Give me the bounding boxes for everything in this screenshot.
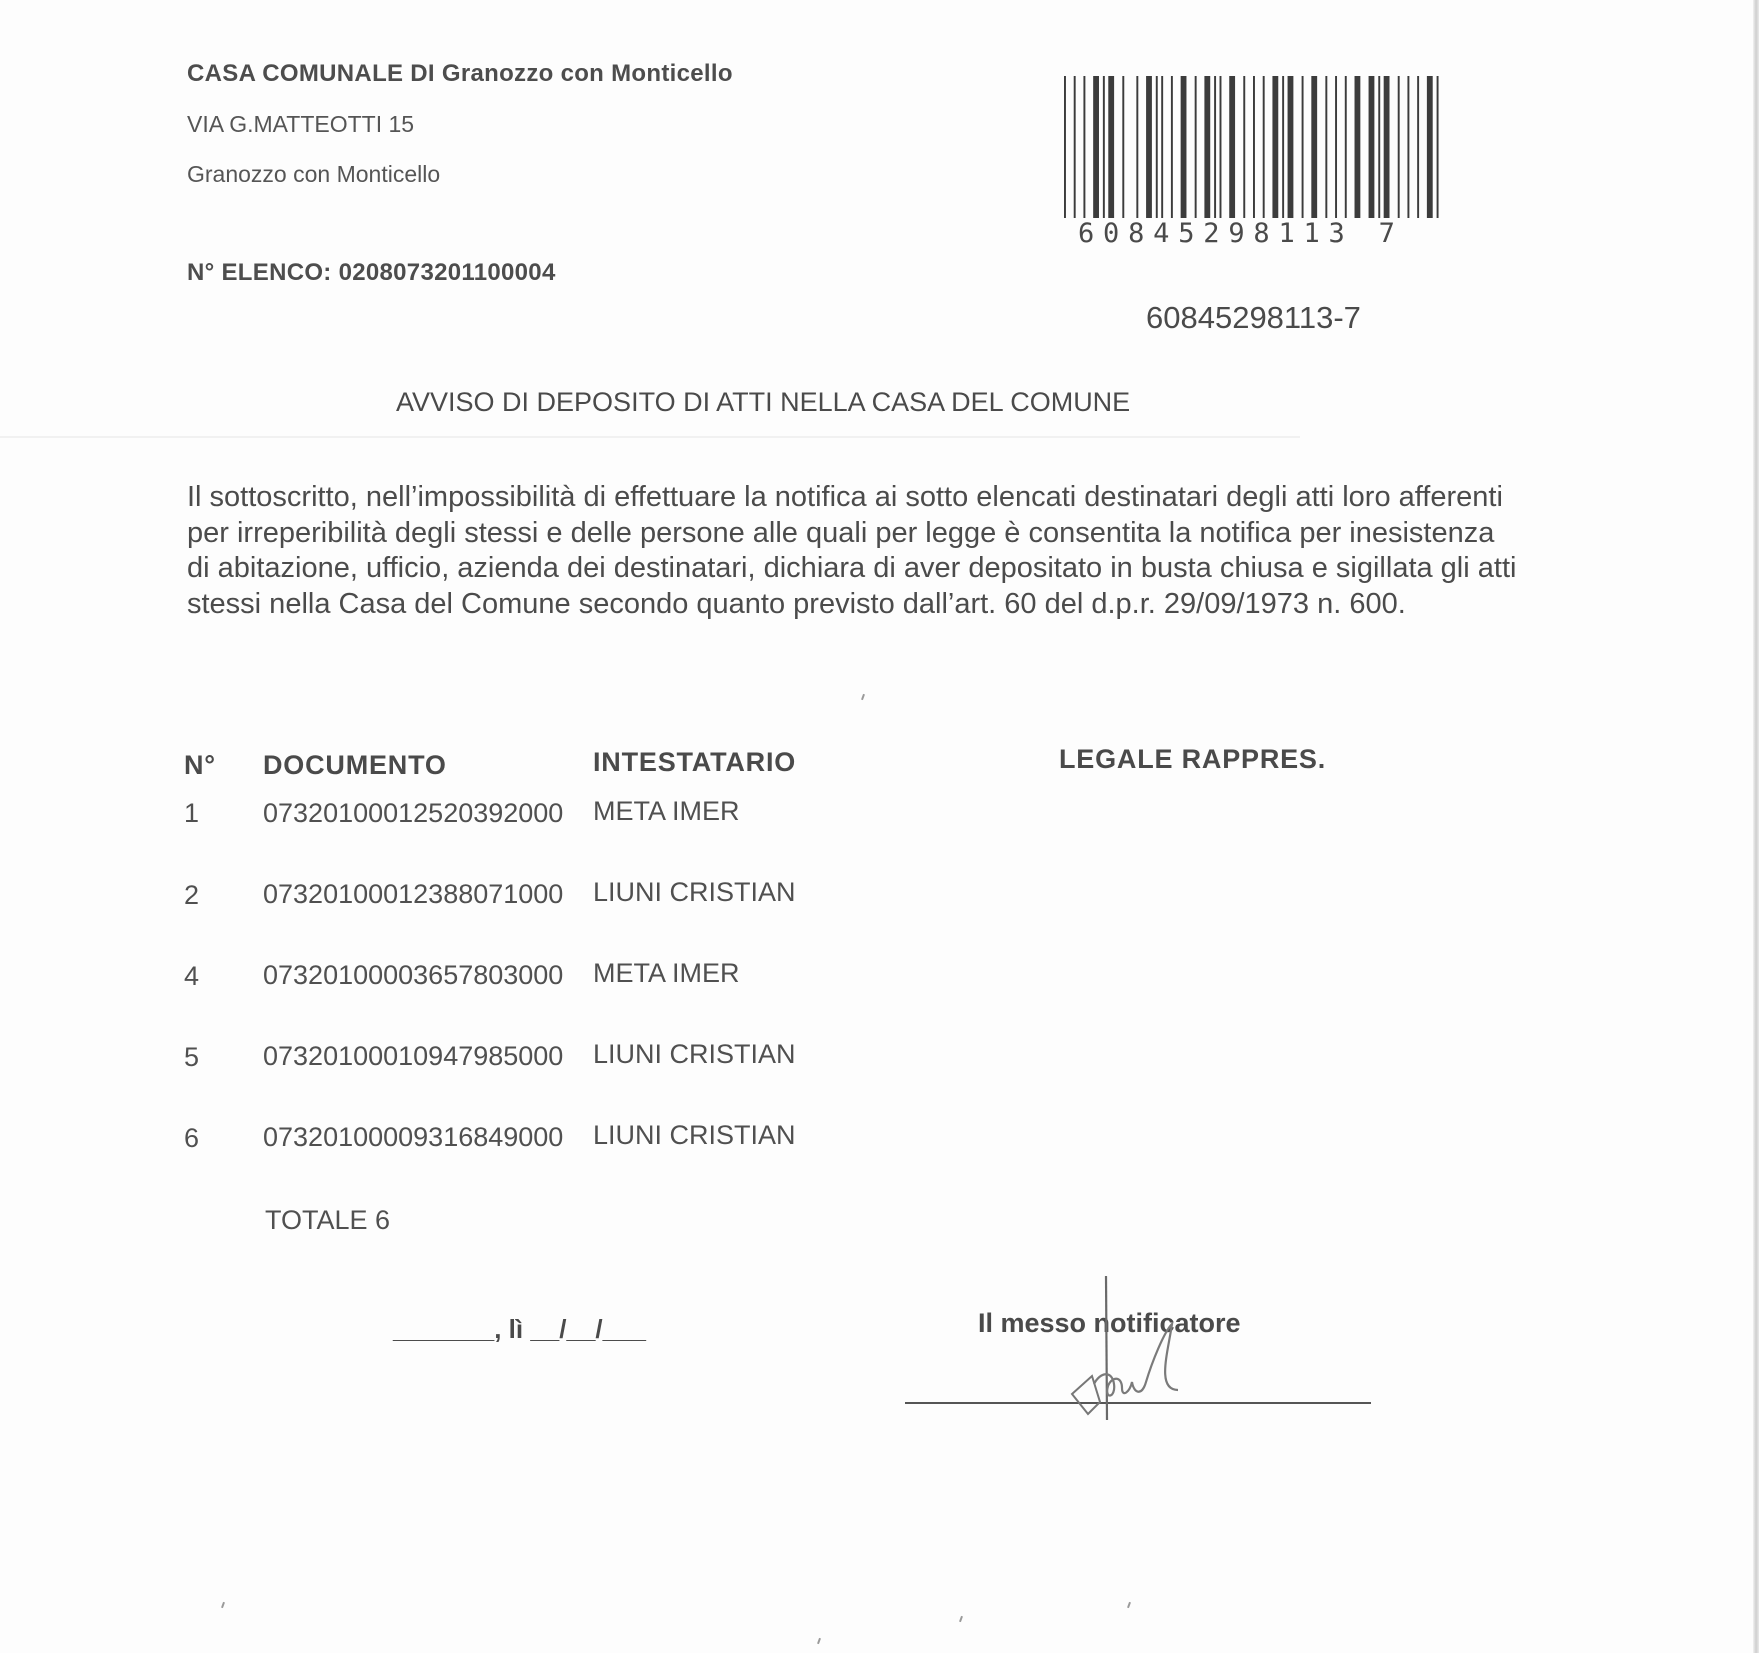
scan-speck bbox=[221, 1602, 225, 1608]
total-count: TOTALE 6 bbox=[265, 1205, 390, 1236]
row-intestatario: LIUNI CRISTIAN bbox=[593, 877, 796, 908]
scan-speck bbox=[1127, 1602, 1131, 1608]
page-edge bbox=[1753, 0, 1759, 1653]
row-intestatario: LIUNI CRISTIAN bbox=[593, 1039, 796, 1070]
row-documento: 07320100009316849000 bbox=[263, 1122, 563, 1153]
barcode-icon bbox=[1064, 76, 1442, 218]
row-number: 1 bbox=[184, 798, 199, 829]
scan-speck bbox=[861, 694, 865, 700]
handwritten-signature-icon bbox=[1060, 1272, 1200, 1422]
row-intestatario: META IMER bbox=[593, 958, 740, 989]
scan-artifact-line bbox=[0, 436, 1300, 438]
col-header-number: N° bbox=[184, 750, 216, 781]
document-title: AVVISO DI DEPOSITO DI ATTI NELLA CASA DE… bbox=[396, 387, 1130, 418]
row-documento: 07320100003657803000 bbox=[263, 960, 563, 991]
city-line: Granozzo con Monticello bbox=[187, 161, 440, 188]
col-header-intestatario: INTESTATARIO bbox=[593, 747, 796, 778]
row-number: 4 bbox=[184, 961, 199, 992]
row-intestatario: META IMER bbox=[593, 796, 740, 827]
row-documento: 07320100010947985000 bbox=[263, 1041, 563, 1072]
row-documento: 07320100012388071000 bbox=[263, 879, 563, 910]
address-line: VIA G.MATTEOTTI 15 bbox=[187, 111, 414, 138]
col-header-legale-rappres: LEGALE RAPPRES. bbox=[1059, 744, 1326, 775]
office-title: CASA COMUNALE DI Granozzo con Monticello bbox=[187, 60, 733, 88]
row-number: 2 bbox=[184, 880, 199, 911]
printed-code: 60845298113-7 bbox=[1146, 300, 1361, 336]
body-paragraph: Il sottoscritto, nell’impossibilità di e… bbox=[187, 480, 1517, 622]
row-documento: 07320100012520392000 bbox=[263, 798, 563, 829]
scan-speck bbox=[959, 1616, 963, 1622]
place-date-field: _______, lì __/__/___ bbox=[393, 1314, 646, 1345]
scan-speck bbox=[817, 1638, 821, 1644]
barcode-digits: 60845298113 7 bbox=[1078, 218, 1404, 249]
row-number: 5 bbox=[184, 1042, 199, 1073]
row-number: 6 bbox=[184, 1123, 199, 1154]
col-header-documento: DOCUMENTO bbox=[263, 750, 447, 781]
elenco-number: N° ELENCO: 0208073201100004 bbox=[187, 259, 556, 287]
row-intestatario: LIUNI CRISTIAN bbox=[593, 1120, 796, 1151]
